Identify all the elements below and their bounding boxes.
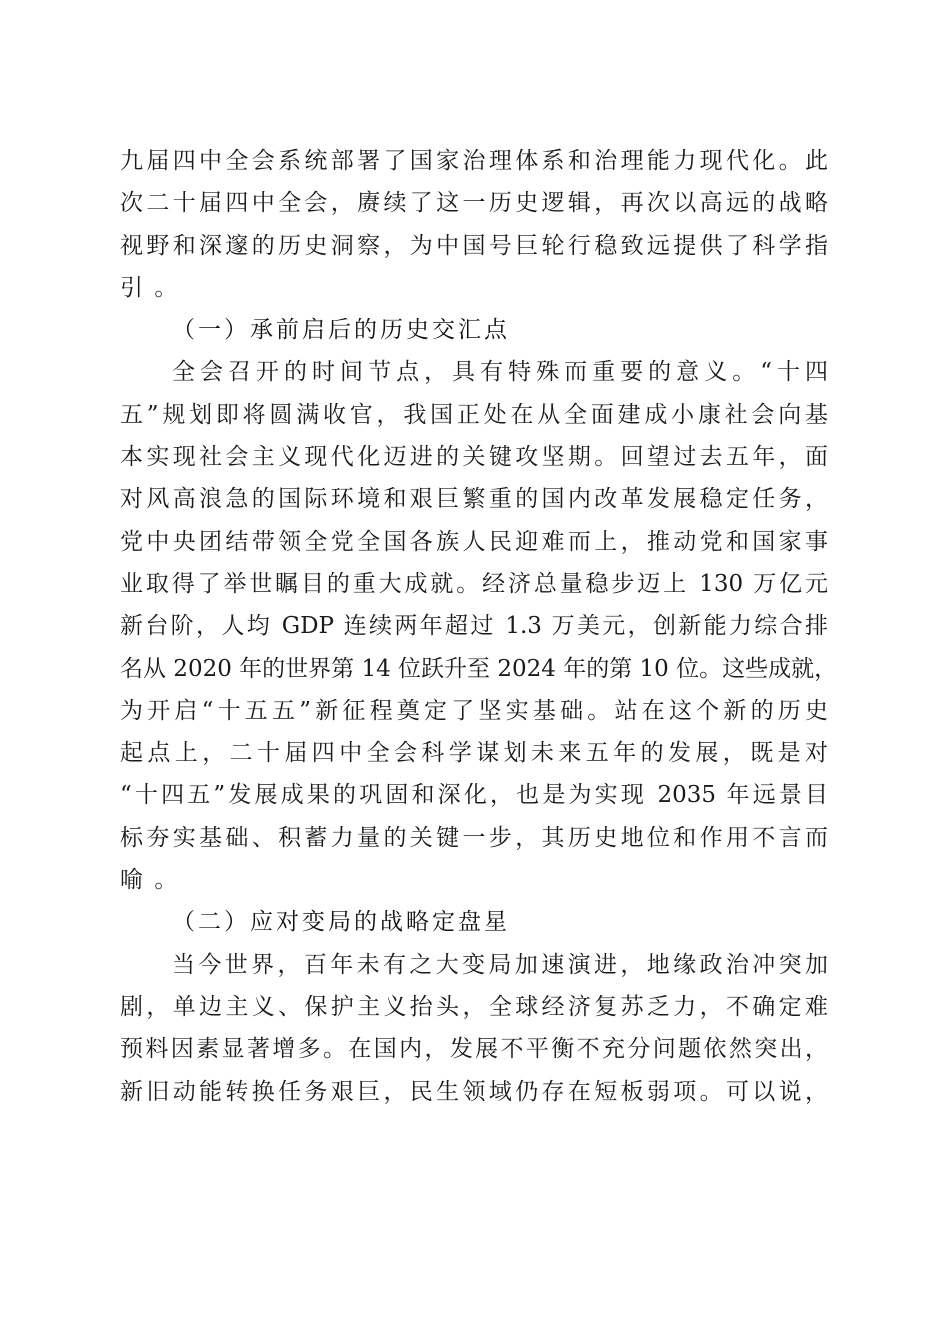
section-heading-1: （一）承前启后的历史交汇点 bbox=[120, 309, 828, 351]
text-line: 为开启“十五五”新征程奠定了坚实基础。站在这个新的历史 bbox=[120, 690, 828, 732]
text-line: 引。 bbox=[120, 267, 828, 309]
text-line: 当今世界，百年未有之大变局加速演进，地缘政治冲突加 bbox=[120, 944, 828, 986]
text-line: 视野和深邃的历史洞察，为中国号巨轮行稳致远提供了科学指 bbox=[120, 225, 828, 267]
text-line: 次二十届四中全会，赓续了这一历史逻辑，再次以高远的战略 bbox=[120, 182, 828, 224]
paragraph-section-2: 当今世界，百年未有之大变局加速演进，地缘政治冲突加 剧，单边主义、保护主义抬头，… bbox=[120, 944, 828, 1113]
text-line: 喻。 bbox=[120, 859, 828, 901]
text-line: 起点上，二十届四中全会科学谋划未来五年的发展，既是对 bbox=[120, 732, 828, 774]
text-line: 全会召开的时间节点，具有特殊而重要的意义。“十四 bbox=[120, 351, 828, 393]
document-body: 九届四中全会系统部署了国家治理体系和治理能力现代化。此 次二十届四中全会，赓续了… bbox=[120, 140, 828, 1113]
text-line: 新旧动能转换任务艰巨，民生领域仍存在短板弱项。可以说， bbox=[120, 1071, 828, 1113]
section-heading-2: （二）应对变局的战略定盘星 bbox=[120, 901, 828, 943]
text-line: 剧，单边主义、保护主义抬头，全球经济复苏乏力，不确定难 bbox=[120, 986, 828, 1028]
text-line: 党中央团结带领全党全国各族人民迎难而上，推动党和国家事 bbox=[120, 521, 828, 563]
text-line: 预料因素显著增多。在国内，发展不平衡不充分问题依然突出， bbox=[120, 1028, 828, 1070]
text-line: 业取得了举世瞩目的重大成就。经济总量稳步迈上 130 万亿元 bbox=[120, 563, 828, 605]
text-line: 对风高浪急的国际环境和艰巨繁重的国内改革发展稳定任务， bbox=[120, 478, 828, 520]
text-line: 标夯实基础、积蓄力量的关键一步，其历史地位和作用不言而 bbox=[120, 817, 828, 859]
text-line: 名从 2020 年的世界第 14 位跃升至 2024 年的第 10 位。这些成就… bbox=[120, 648, 828, 690]
text-line: 九届四中全会系统部署了国家治理体系和治理能力现代化。此 bbox=[120, 140, 828, 182]
paragraph-intro-continuation: 九届四中全会系统部署了国家治理体系和治理能力现代化。此 次二十届四中全会，赓续了… bbox=[120, 140, 828, 309]
text-line: 本实现社会主义现代化迈进的关键攻坚期。回望过去五年，面 bbox=[120, 436, 828, 478]
paragraph-section-1: 全会召开的时间节点，具有特殊而重要的意义。“十四 五”规划即将圆满收官，我国正处… bbox=[120, 351, 828, 901]
document-page: 九届四中全会系统部署了国家治理体系和治理能力现代化。此 次二十届四中全会，赓续了… bbox=[0, 0, 950, 1344]
text-line: 新台阶，人均 GDP 连续两年超过 1.3 万美元，创新能力综合排 bbox=[120, 605, 828, 647]
text-line: 五”规划即将圆满收官，我国正处在从全面建成小康社会向基 bbox=[120, 394, 828, 436]
text-line: “十四五”发展成果的巩固和深化，也是为实现 2035 年远景目 bbox=[120, 774, 828, 816]
